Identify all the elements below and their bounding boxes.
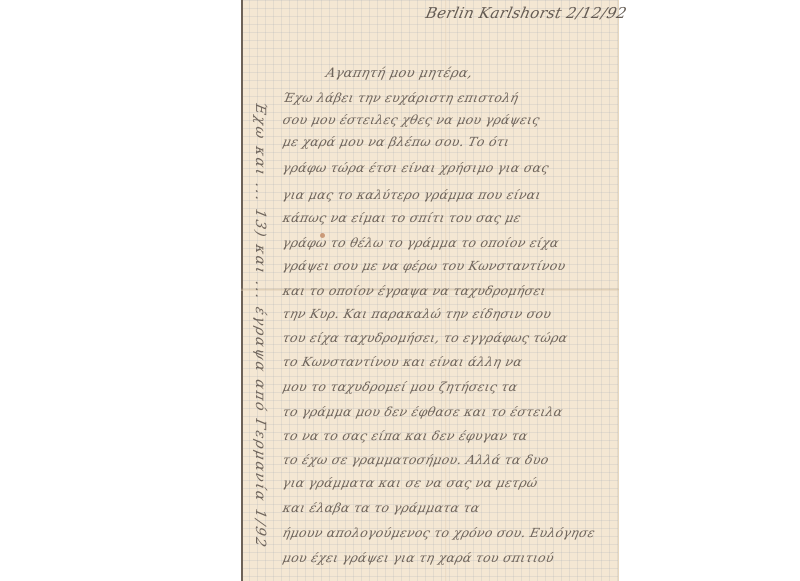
- letter-line: Έχω λάβει την ευχάριστη επιστολή: [281, 90, 614, 105]
- letter-page: Berlin Karlshorst 2/12/92 Αγαπητή μου μη…: [241, 0, 619, 581]
- letter-line: μου το ταχυδρομεί μου ζητήσεις τα: [281, 379, 614, 394]
- margin-note-text: Έχω και ... 13) και ... έγραψα από Γερμα…: [252, 100, 268, 550]
- letter-line: του είχα ταχυδρομήσει, το εγγράφως τώρα: [281, 330, 614, 345]
- letter-line: και το οποίον έγραψα να ταχυδρομήσει: [281, 283, 614, 298]
- letter-line: με χαρά μου να βλέπω σου. Το ότι: [281, 134, 614, 149]
- letter-line: για μας το καλύτερο γράμμα που είναι: [281, 187, 614, 202]
- letter-line: κάπως να είμαι το σπίτι του σας με: [281, 210, 614, 225]
- letter-line: το γράμμα μου δεν έφθασε και το έστειλα: [281, 404, 614, 419]
- letter-line: γράφω τώρα έτσι είναι χρήσιμο για σας: [281, 160, 614, 175]
- letter-line: μου έχει γράψει για τη χαρά του σπιτιού: [281, 550, 614, 565]
- letter-header-place-date: Berlin Karlshorst 2/12/92: [424, 4, 628, 22]
- letter-line: το να το σας είπα και δεν έφυγαν τα: [281, 428, 614, 443]
- letter-line: την Κυρ. Και παρακαλώ την είδησιν σου: [281, 306, 614, 321]
- letter-line: γράψει σου με να φέρω του Κωνσταντίνου: [281, 258, 614, 273]
- letter-line: σου μου έστειλες χθες να μου γράψεις: [281, 112, 614, 127]
- letter-salutation: Αγαπητή μου μητέρα,: [324, 66, 474, 81]
- letter-line: γράφω το θέλω το γράμμα το οποίον είχα: [281, 235, 614, 250]
- letter-line: το έχω σε γραμματοσήμου. Αλλά τα δυο: [281, 452, 614, 467]
- letter-line: ήμουν απολογούμενος το χρόνο σου. Ευλόγη…: [281, 525, 614, 540]
- margin-note: Έχω και ... 13) και ... έγραψα από Γερμα…: [245, 70, 275, 580]
- letter-line: και έλαβα τα το γράμματα τα: [281, 500, 614, 515]
- letter-line: για γράμματα και σε να σας να μετρώ: [281, 475, 614, 490]
- letter-line: το Κωνσταντίνου και είναι άλλη να: [281, 354, 614, 369]
